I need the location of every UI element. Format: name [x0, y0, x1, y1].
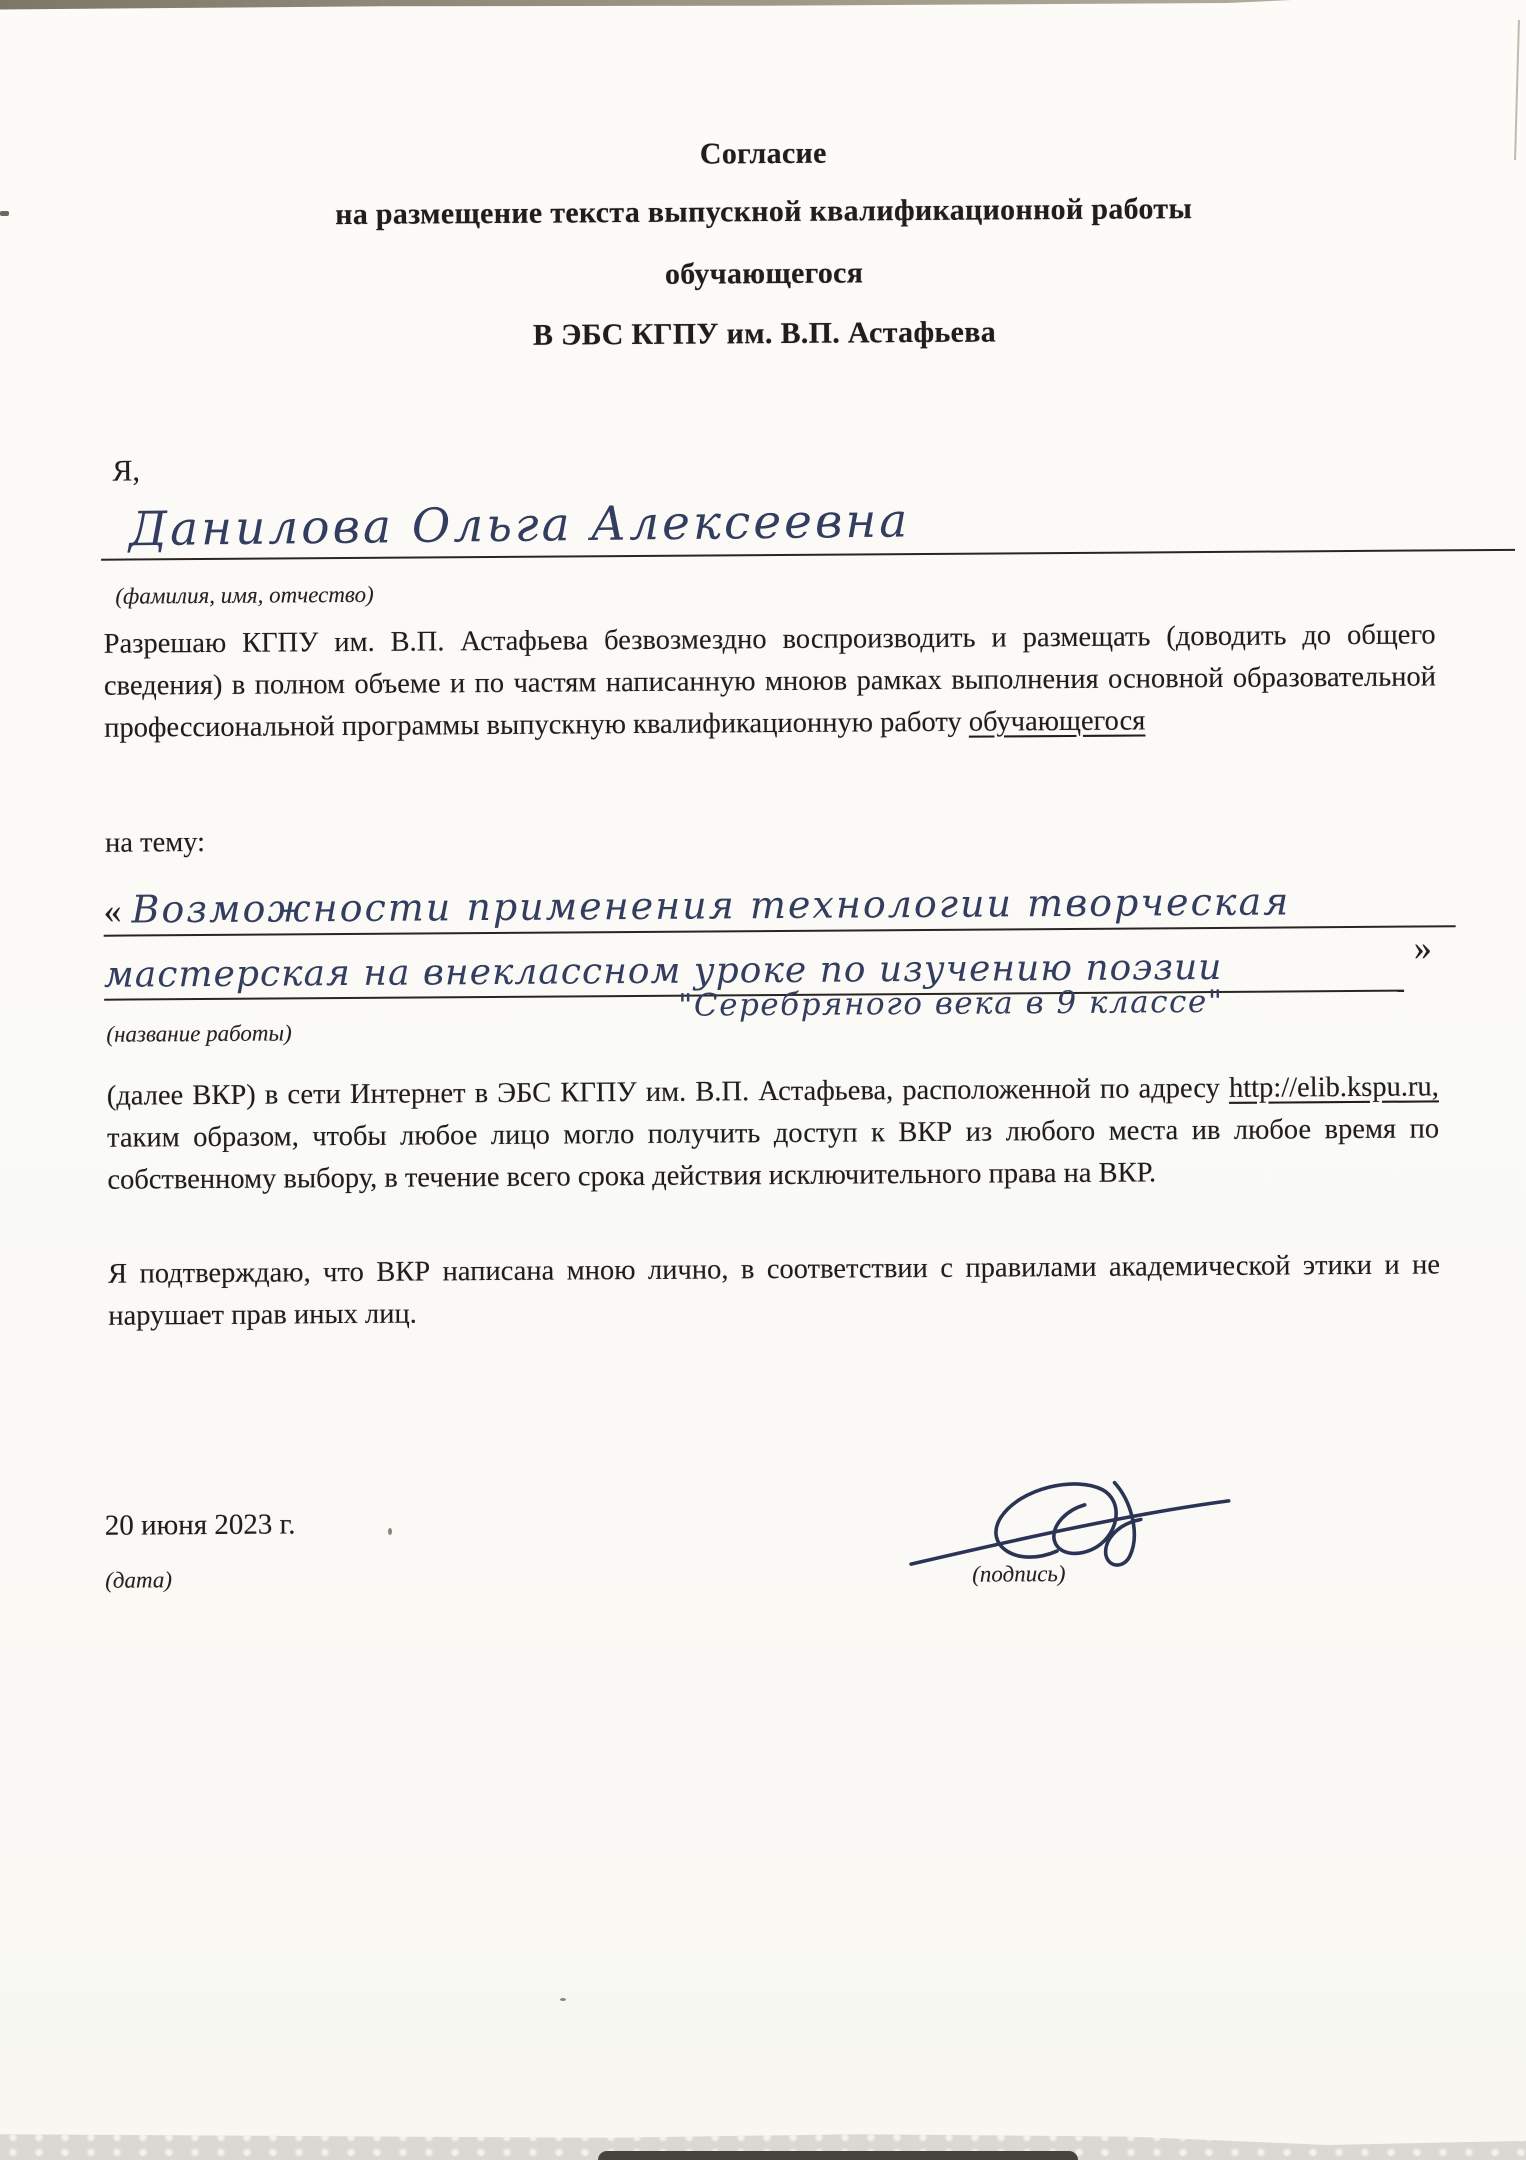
handwritten-full-name: Данилова Ольга Алексеевна [129, 493, 911, 557]
title-line-4: В ЭБС КГПУ им. В.П. Астафьева [1, 312, 1526, 357]
underlined-term: обучающегося [969, 705, 1146, 737]
opening-guillemet: « [103, 890, 121, 932]
title-line-2: на размещение текста выпускной квалифика… [1, 190, 1526, 235]
handwritten-topic-insertion: "Серебряного века в 9 классе" [678, 984, 1224, 1024]
topic-label: на тему: [105, 827, 205, 860]
title-line-3: обучающегося [1, 252, 1526, 297]
scanner-bottom-dark-edge [598, 2151, 1078, 2160]
scanned-page: { "page": { "title_lines": [ "Согласие",… [0, 0, 1526, 2160]
ebs-text-after-link: таким образом, чтобы любое лицо могло по… [107, 1113, 1439, 1195]
document-content: Согласие на размещение текста выпускной … [0, 0, 1526, 2160]
title-line-1: Согласие [0, 132, 1526, 177]
confirmation-paragraph: Я подтверждаю, что ВКР написана мною лич… [108, 1244, 1441, 1337]
signature-caption: (подпись) [972, 1561, 1066, 1588]
date-caption: (дата) [105, 1567, 172, 1593]
elib-url-text: http://elib.kspu.ru, [1229, 1071, 1439, 1103]
closing-guillemet: » [1414, 926, 1432, 968]
signature-handwriting [904, 1470, 1235, 1577]
ebs-text-before-link: (далее ВКР) в сети Интернет в ЭБС КГПУ и… [107, 1073, 1220, 1112]
permission-text: Разрешаю КГПУ им. В.П. Астафьева безвозм… [104, 619, 1436, 743]
pronoun-label: Я, [112, 454, 140, 488]
name-write-line: Данилова Ольга Алексеевна [101, 486, 1515, 561]
topic-write-line-1: « Возможности применения технологии твор… [103, 868, 1455, 936]
ebs-paragraph: (далее ВКР) в сети Интернет в ЭБС КГПУ и… [107, 1066, 1440, 1201]
permission-paragraph: Разрешаю КГПУ им. В.П. Астафьева безвозм… [104, 614, 1437, 749]
date-value: 20 июня 2023 г. [105, 1508, 296, 1542]
name-caption: (фамилия, имя, отчество) [115, 582, 374, 610]
handwritten-topic-line-1: Возможности применения технологии творче… [131, 879, 1290, 931]
topic-caption: (название работы) [106, 1020, 292, 1047]
